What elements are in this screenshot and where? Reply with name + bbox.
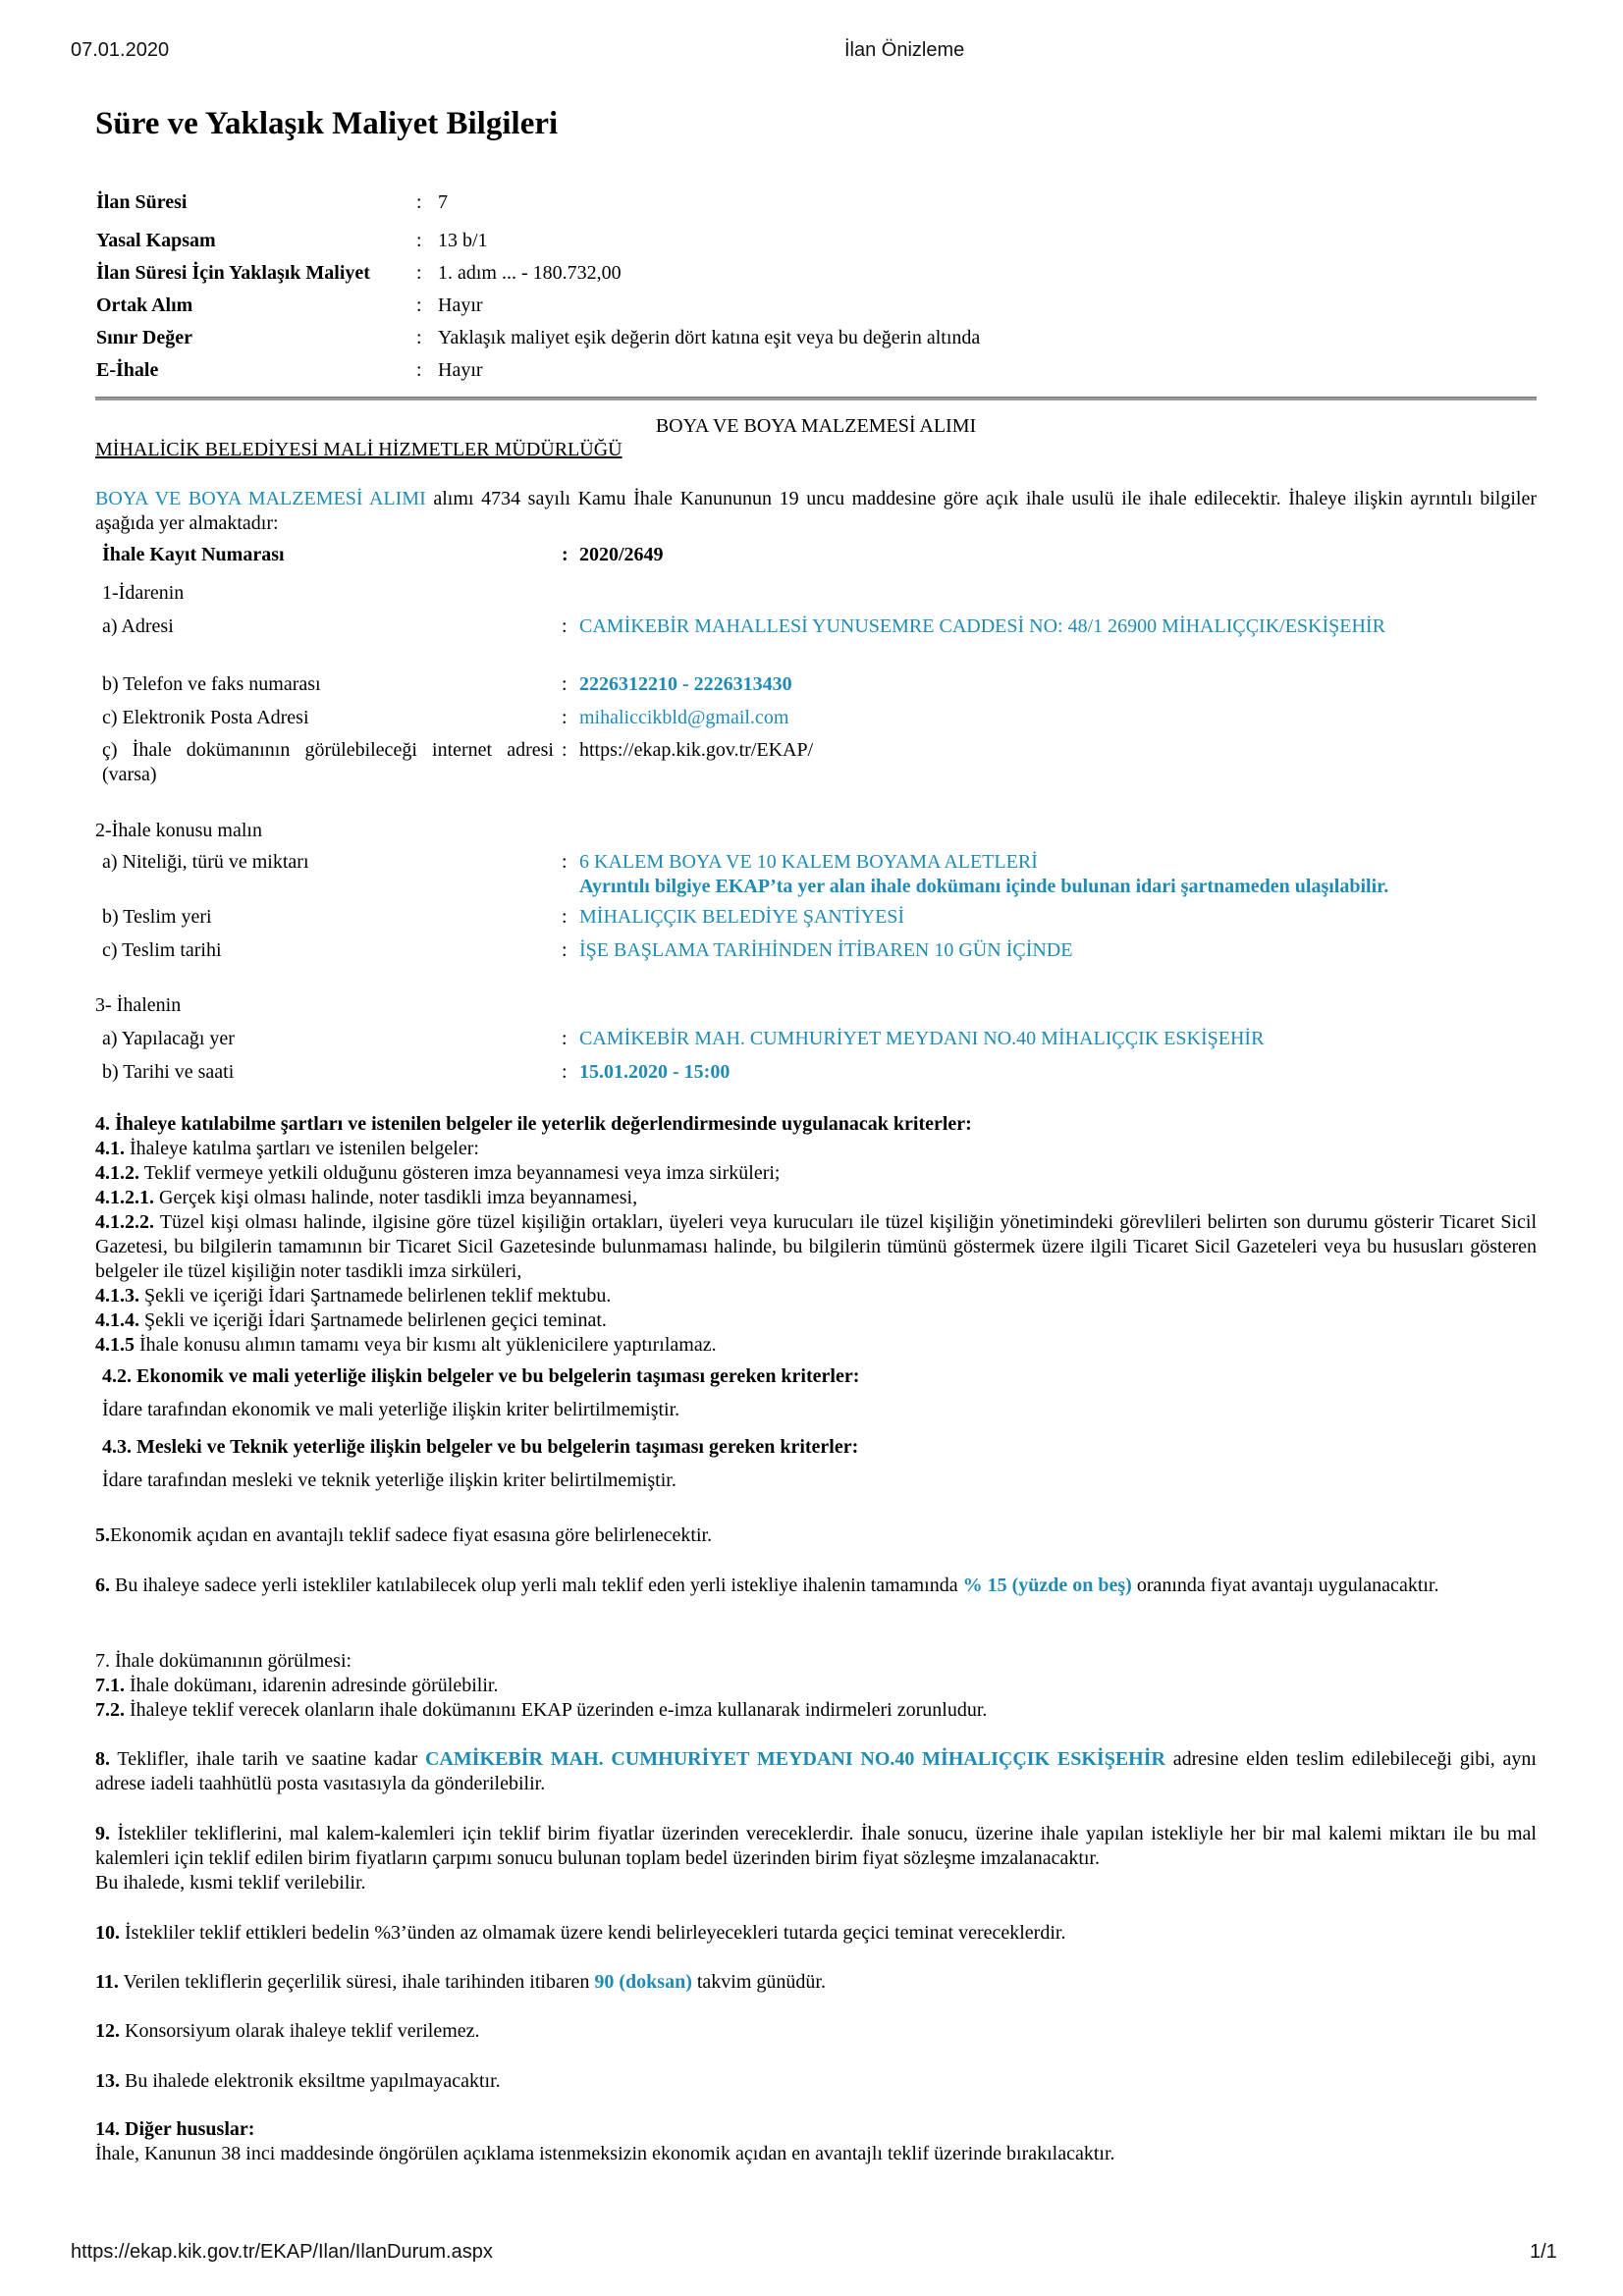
list-item: 4.1.4. Şekli ve içeriği İdari Şartnamede…: [95, 1308, 1537, 1333]
print-date: 07.01.2020: [71, 39, 169, 62]
section10: 10. İstekliler teklif ettikleri bedelin …: [95, 1921, 1537, 1946]
tech-text: İdare tarafından mesleki ve teknik yeter…: [102, 1468, 1543, 1493]
section14: 14. Diğer hususlar:İhale, Kanunun 38 inc…: [95, 2117, 1537, 2166]
summary-row: E-İhale:Hayır: [96, 354, 980, 387]
econ-heading: 4.2. Ekonomik ve mali yeterliğe ilişkin …: [102, 1364, 1543, 1389]
section7: 7. İhale dokümanının görülmesi: 7.1. İha…: [95, 1649, 1537, 1723]
summary-table: İlan Süresi:7 Yasal Kapsam:13 b/1 İlan S…: [96, 180, 980, 387]
section3-heading: 3- İhalenin: [95, 993, 181, 1018]
page-number: 1/1: [1530, 2241, 1557, 2264]
summary-row: Sınır Değer:Yaklaşık maliyet eşik değeri…: [96, 322, 980, 354]
email-link[interactable]: mihaliccikbld@gmail.com: [579, 706, 1537, 730]
section1-heading: 1-İdarenin: [102, 581, 184, 606]
section5: 5.Ekonomik açıdan en avantajlı teklif sa…: [95, 1523, 1537, 1548]
econ-text: İdare tarafından ekonomik ve mali yeterl…: [102, 1398, 1543, 1422]
summary-row: Yasal Kapsam:13 b/1: [96, 225, 980, 257]
section4: 4. İhaleye katılabilme şartları ve isten…: [95, 1112, 1537, 1358]
intro-highlight: BOYA VE BOYA MALZEMESİ ALIMI: [95, 488, 426, 509]
summary-title: Süre ve Yaklaşık Maliyet Bilgileri: [95, 106, 558, 142]
summary-row: İlan Süresi İçin Yaklaşık Maliyet:1. adı…: [96, 257, 980, 290]
list-item: 4.1.3. Şekli ve içeriği İdari Şartnamede…: [95, 1284, 1537, 1308]
list-item: 4.1.2. Teklif vermeye yetkili olduğunu g…: [95, 1161, 1537, 1186]
agency-name: MİHALİCİK BELEDİYESİ MALİ HİZMETLER MÜDÜ…: [95, 438, 622, 462]
list-item: 4.1. İhaleye katılma şartları ve istenil…: [95, 1137, 1537, 1161]
divider: [95, 397, 1537, 400]
web-link[interactable]: https://ekap.kik.gov.tr/EKAP/: [579, 738, 1537, 763]
print-title: İlan Önizleme: [844, 39, 964, 62]
intro-paragraph: BOYA VE BOYA MALZEMESİ ALIMI alımı 4734 …: [95, 487, 1537, 536]
tech-heading: 4.3. Mesleki ve Teknik yeterliğe ilişkin…: [102, 1435, 1543, 1460]
section8: 8. Teklifler, ihale tarih ve saatine kad…: [95, 1747, 1537, 1796]
notice-title: BOYA VE BOYA MALZEMESİ ALIMI: [95, 414, 1537, 439]
list-item: 4.1.2.1. Gerçek kişi olması halinde, not…: [95, 1186, 1537, 1210]
list-item: 4.1.5 İhale konusu alımın tamamı veya bi…: [95, 1333, 1537, 1358]
section2-heading: 2-İhale konusu malın: [95, 819, 262, 843]
list-item: 4.1.2.2. Tüzel kişi olması halinde, ilgi…: [95, 1210, 1537, 1284]
section12: 12. Konsorsiyum olarak ihaleye teklif ve…: [95, 2019, 1537, 2044]
section6: 6. Bu ihaleye sadece yerli istekliler ka…: [95, 1574, 1537, 1598]
summary-row: Ortak Alım:Hayır: [96, 290, 980, 322]
section9: 9. İstekliler tekliflerini, mal kalem-ka…: [95, 1822, 1537, 1896]
section11: 11. Verilen tekliflerin geçerlilik süres…: [95, 1970, 1537, 1995]
print-url: https://ekap.kik.gov.tr/EKAP/Ilan/IlanDu…: [71, 2241, 493, 2264]
summary-row: İlan Süresi:7: [96, 180, 980, 225]
section13: 13. Bu ihalede elektronik eksiltme yapıl…: [95, 2069, 1537, 2094]
